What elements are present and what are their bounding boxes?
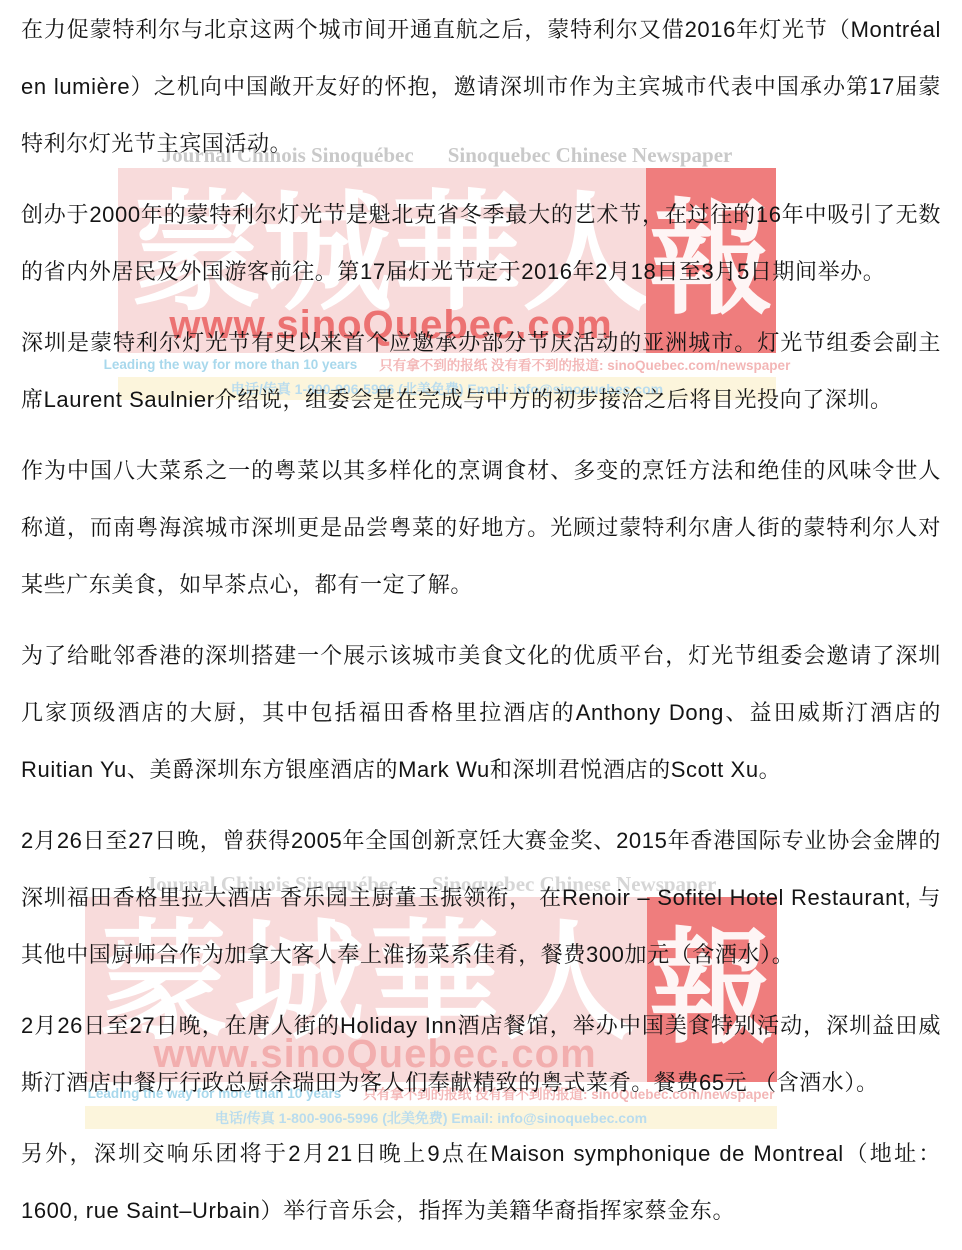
paragraph-1: 在力促蒙特利尔与北京这两个城市间开通直航之后，蒙特利尔又借2016年灯光节（Mo… xyxy=(21,1,941,172)
paragraph-6: 2月26日至27日晚，曾获得2005年全国创新烹饪大赛金奖、2015年香港国际专… xyxy=(21,812,941,983)
paragraph-5: 为了给毗邻香港的深圳搭建一个展示该城市美食文化的优质平台，灯光节组委会邀请了深圳… xyxy=(21,627,941,798)
paragraph-3: 深圳是蒙特利尔灯光节有史以来首个应邀承办部分节庆活动的亚洲城市。灯光节组委会副主… xyxy=(21,314,941,428)
paragraph-7: 2月26日至27日晚，在唐人街的Holiday Inn酒店餐馆，举办中国美食特别… xyxy=(21,997,941,1111)
paragraph-2: 创办于2000年的蒙特利尔灯光节是魁北克省冬季最大的艺术节，在过往的16年中吸引… xyxy=(21,186,941,300)
article-page: Journal Chinois Sinoquébec Sinoquebec Ch… xyxy=(0,0,962,1250)
paragraph-8: 另外，深圳交响乐团将于2月21日晚上9点在Maison symphonique … xyxy=(21,1125,941,1239)
article-body: 在力促蒙特利尔与北京这两个城市间开通直航之后，蒙特利尔又借2016年灯光节（Mo… xyxy=(0,0,962,1239)
paragraph-4: 作为中国八大菜系之一的粤菜以其多样化的烹调食材、多变的烹饪方法和绝佳的风味令世人… xyxy=(21,442,941,613)
